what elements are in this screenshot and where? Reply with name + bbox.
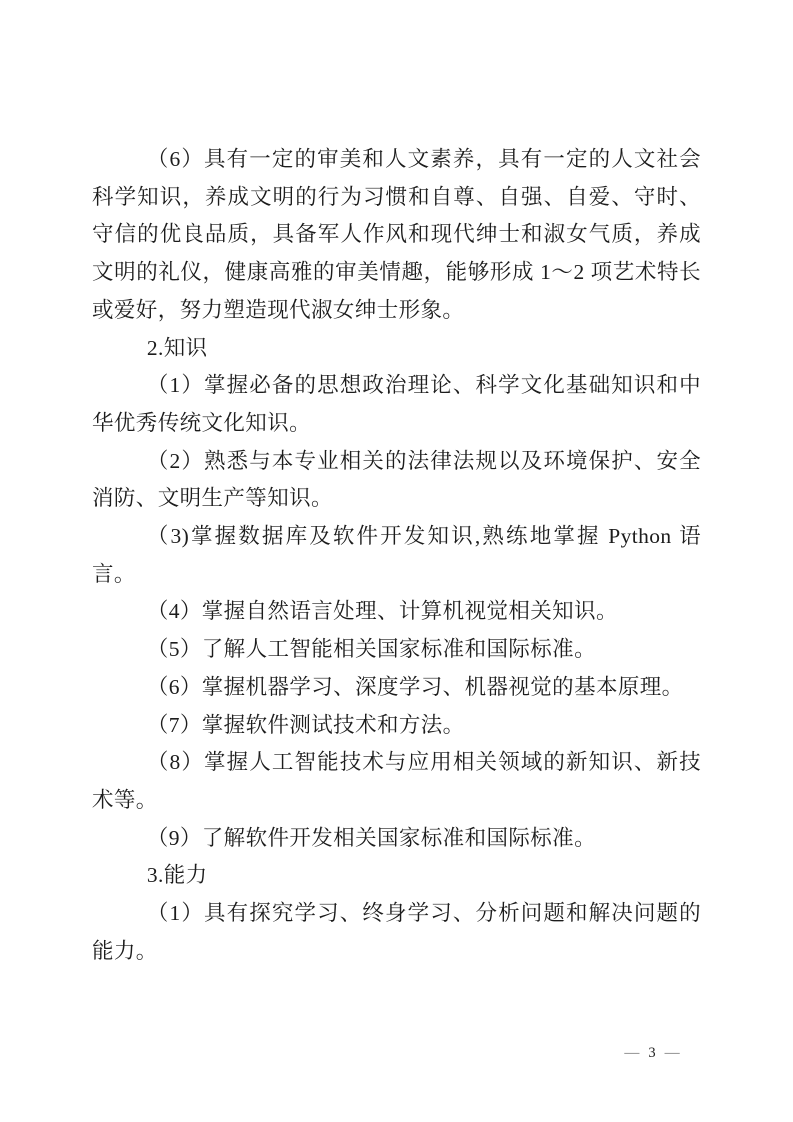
- heading-ability: 3.能力: [92, 857, 701, 895]
- document-page: （6）具有一定的审美和人文素养，具有一定的人文社会科学知识，养成文明的行为习惯和…: [0, 0, 793, 1122]
- knowledge-item-3: （3)掌握数据库及软件开发知识,熟练地掌握 Python 语言。: [92, 518, 701, 593]
- footer-page-number: 3: [648, 1045, 655, 1061]
- footer-dash-left: —: [624, 1045, 639, 1061]
- knowledge-item-5: （5）了解人工智能相关国家标准和国际标准。: [92, 631, 701, 669]
- heading-knowledge: 2.知识: [92, 330, 701, 368]
- page-footer: — 3 —: [612, 1045, 692, 1061]
- knowledge-item-8: （8）掌握人工智能技术与应用相关领域的新知识、新技术等。: [92, 744, 701, 819]
- paragraph-quality-item-6: （6）具有一定的审美和人文素养，具有一定的人文社会科学知识，养成文明的行为习惯和…: [92, 141, 701, 330]
- knowledge-item-6: （6）掌握机器学习、深度学习、机器视觉的基本原理。: [92, 669, 701, 707]
- knowledge-item-7: （7）掌握软件测试技术和方法。: [92, 707, 701, 745]
- knowledge-item-4: （4）掌握自然语言处理、计算机视觉相关知识。: [92, 593, 701, 631]
- ability-item-1: （1）具有探究学习、终身学习、分析问题和解决问题的能力。: [92, 895, 701, 970]
- knowledge-item-1: （1）掌握必备的思想政治理论、科学文化基础知识和中华优秀传统文化知识。: [92, 367, 701, 442]
- knowledge-item-2: （2）熟悉与本专业相关的法律法规以及环境保护、安全消防、文明生产等知识。: [92, 443, 701, 518]
- footer-dash-right: —: [665, 1045, 680, 1061]
- document-body: （6）具有一定的审美和人文素养，具有一定的人文社会科学知识，养成文明的行为习惯和…: [92, 141, 701, 970]
- knowledge-item-9: （9）了解软件开发相关国家标准和国际标准。: [92, 820, 701, 858]
